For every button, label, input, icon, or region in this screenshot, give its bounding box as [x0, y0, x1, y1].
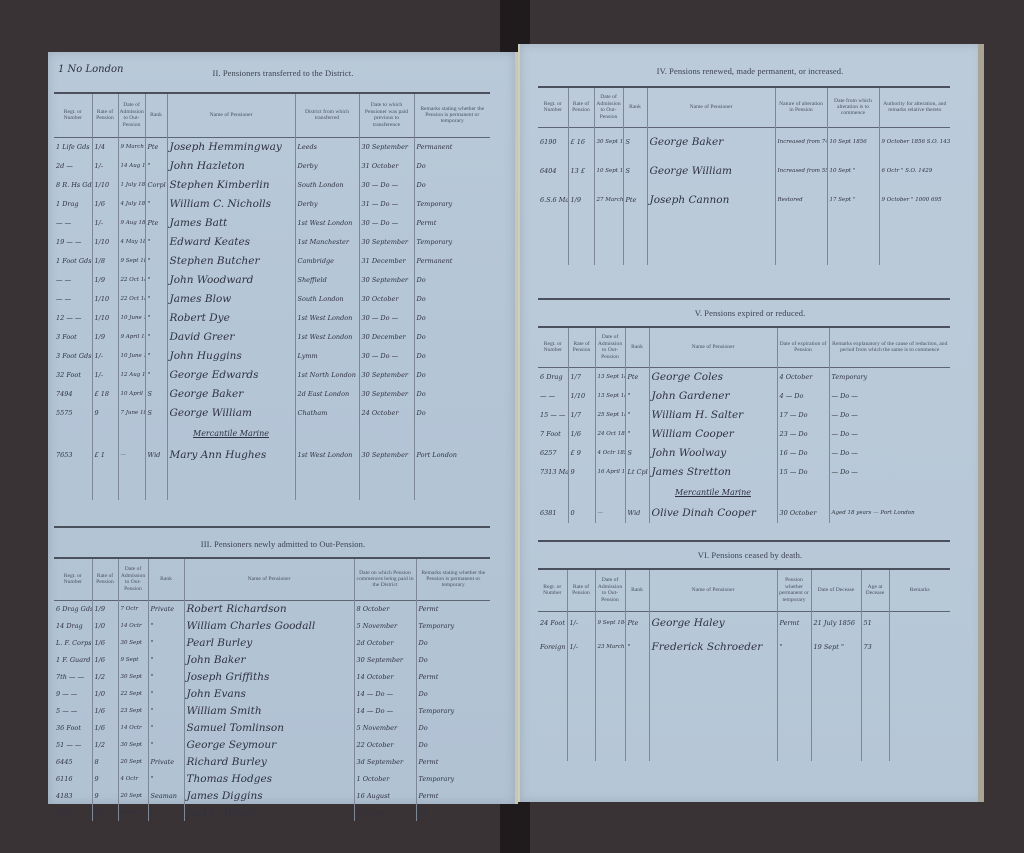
cell-name: James Diggins — [184, 787, 354, 804]
cell-regt: 8 R. Hs Gds — [54, 175, 92, 194]
table-row: 6119229 Octr"Joel L. Winch8 OctoberDo — [54, 804, 490, 821]
table-row: 1 Drag1/64 July 1856"William C. Nicholls… — [54, 194, 490, 213]
cell-paid_to: 31 December — [359, 251, 414, 270]
cell-commences: 14 October — [354, 668, 416, 685]
cell-district: Chatham — [295, 403, 359, 422]
cell-rank: Lt Cpl — [625, 462, 649, 481]
table-row: 1 F. Guard1/69 Sept"John Baker30 Septemb… — [54, 651, 490, 668]
cell-regt: — — — [538, 386, 568, 405]
cell-date: 7 June 1852 — [118, 403, 145, 422]
cell-regt: 32 Foot — [54, 365, 92, 384]
section-divider — [538, 540, 950, 542]
cell-name: George Seymour — [184, 736, 354, 753]
empty-row — [54, 466, 490, 483]
cell-nature: Increased from 5575 £9 — [775, 156, 827, 185]
cell-date: 4 May 1856 — [118, 232, 145, 251]
cell-regt: L. F. Corps — [54, 634, 92, 651]
cell-district: 1st West London — [295, 213, 359, 232]
cell-rate: 1/6 — [568, 424, 595, 443]
cell-remarks: Do — [414, 346, 490, 365]
section-vi-table: Regt. or Number Rate of Pension Date of … — [538, 568, 950, 761]
col-header: Date of Admission to Out-Pension — [594, 87, 623, 127]
cell-paid_to: 30 October — [359, 289, 414, 308]
cell-rank: " — [148, 702, 184, 719]
cell-expiry: 16 — Do — [777, 443, 829, 462]
col-header: Date of Admission to Out-Pension — [118, 558, 148, 600]
cell-name: Samuel Tomlinson — [184, 719, 354, 736]
cell-rate: 0 — [568, 503, 595, 523]
col-header: Date of Admission to Out-Pension — [595, 569, 625, 611]
cell-rate: 1/10 — [568, 386, 595, 405]
col-header: District from which transferred — [295, 93, 359, 137]
cell-date: 9 Octr — [118, 804, 148, 821]
col-header: Nature of alteration in Pension — [775, 87, 827, 127]
cell-district: 1st West London — [295, 327, 359, 346]
cell-regt: 7 Foot — [538, 424, 568, 443]
cell-rank: " — [145, 270, 167, 289]
cell-rate: 1/4 — [92, 137, 118, 156]
cell-paid_to: 30 — Do — — [359, 308, 414, 327]
cell-rate: 1/6 — [92, 634, 118, 651]
cell-remarks: Do — [414, 365, 490, 384]
table-row: 32 Foot1/-12 Aug 1856"George Edwards1st … — [54, 365, 490, 384]
cell-name: George Baker — [167, 384, 295, 403]
cell-remarks: Temporary — [829, 367, 950, 386]
cell-rank: " — [145, 156, 167, 175]
cell-rank: " — [625, 386, 649, 405]
cell-expiry: 4 — Do — [777, 386, 829, 405]
col-header: Age at Decease — [861, 569, 889, 611]
empty-row — [538, 710, 950, 727]
cell-commences: 14 — Do — — [354, 685, 416, 702]
cell-rate: 1/2 — [92, 736, 118, 753]
cell-name: George William — [167, 403, 295, 422]
cell-nature: Increased from 7494 £18 — [775, 127, 827, 156]
cell-date: 30 Sept — [118, 736, 148, 753]
col-header: Date of Admission to Out-Pension — [118, 93, 145, 137]
cell-remarks: Do — [414, 327, 490, 346]
cell-commence: 10 Sept 1856 — [827, 127, 879, 156]
cell-commences: 22 October — [354, 736, 416, 753]
cell-date: 14 Octr — [118, 719, 148, 736]
cell-rank: " — [145, 289, 167, 308]
cell-name: George Baker — [647, 127, 775, 156]
cell-name: Richard Burley — [184, 753, 354, 770]
cell-date: 10 Sept 1856 — [594, 156, 623, 185]
table-row: 2d —1/-14 Aug 1847"John HazletonDerby31 … — [54, 156, 490, 175]
col-header: Rank — [623, 87, 647, 127]
col-header: Name of Pensioner — [167, 93, 295, 137]
cell-commences: 30 September — [354, 651, 416, 668]
cell-rank: " — [148, 651, 184, 668]
cell-commences: 8 October — [354, 804, 416, 821]
cell-name: Stephen Kimberlin — [167, 175, 295, 194]
cell-name: George Haley — [649, 611, 777, 635]
cell-regt: 36 Foot — [54, 719, 92, 736]
cell-commences: 14 — Do — — [354, 702, 416, 719]
cell-name: Robert Dye — [167, 308, 295, 327]
cell-rank: " — [145, 365, 167, 384]
cell-commences: 8 October — [354, 600, 416, 617]
cell-rate: 1/- — [92, 365, 118, 384]
cell-rate: 1/7 — [568, 405, 595, 424]
col-header: Date of expiration of Pension — [777, 327, 829, 367]
cell-name: James Blow — [167, 289, 295, 308]
cell-date: 23 Sept — [118, 702, 148, 719]
col-header: Date of Admission to Out-Pension — [595, 327, 625, 367]
cell-remarks — [889, 635, 950, 659]
cell-rate: 1/0 — [92, 617, 118, 634]
cell-rank: Pte — [623, 185, 647, 214]
cell-rate: 1/9 — [92, 600, 118, 617]
cell-commences: 2d October — [354, 634, 416, 651]
subheading-row: Mercantile Marine — [538, 481, 950, 503]
cell-rate: 1/10 — [92, 289, 118, 308]
cell-regt: 7494 — [54, 384, 92, 403]
cell-remarks: Permt — [416, 787, 490, 804]
table-row: 6445820 SeptPrivateRichard Burley3d Sept… — [54, 753, 490, 770]
cell-expiry: 23 — Do — [777, 424, 829, 443]
cell-remarks: Do — [414, 270, 490, 289]
section-iv-table: Regt. or Number Rate of Pension Date of … — [538, 86, 950, 265]
cell-rank: " — [148, 770, 184, 787]
cell-date: 4 Octr — [118, 770, 148, 787]
empty-row — [538, 693, 950, 710]
cell-commences: 3d September — [354, 753, 416, 770]
cell-remarks: Permt — [416, 600, 490, 617]
cell-date: 20 Sept — [118, 787, 148, 804]
table-row: 8 R. Hs Gds1/101 July 1856CorplStephen K… — [54, 175, 490, 194]
cell-regt: 6190 — [538, 127, 568, 156]
cell-remarks: Permanent — [414, 251, 490, 270]
cell-remarks: Do — [416, 736, 490, 753]
cell-name: John Gardener — [649, 386, 777, 405]
cell-date: 1 July 1856 — [118, 175, 145, 194]
cell-date: 9 April 1856 — [118, 327, 145, 346]
cell-district: Cambridge — [295, 251, 359, 270]
cell-remarks: Do — [414, 289, 490, 308]
table-row: Foreign Depot1/-23 March 1815"Frederick … — [538, 635, 950, 659]
cell-name: Stephen Butcher — [167, 251, 295, 270]
cell-date: 23 March 1815 — [595, 635, 625, 659]
cell-rank: Pte — [145, 213, 167, 232]
empty-row — [538, 248, 950, 265]
col-header: Regt. or Number — [538, 569, 567, 611]
cell-name: John Evans — [184, 685, 354, 702]
cell-district: 1st West London — [295, 308, 359, 327]
page-edge — [978, 44, 984, 802]
cell-remarks: Do — [416, 634, 490, 651]
col-header: Rank — [625, 569, 649, 611]
cell-regt: 6.S.6 Marine Lt Inf — [538, 185, 568, 214]
cell-nature: Restored — [775, 185, 827, 214]
table-row: — —1/-9 Aug 1856PteJames Batt1st West Lo… — [54, 213, 490, 232]
table-row: 557597 June 1852SGeorge WilliamChatham24… — [54, 403, 490, 422]
cell-paid_to: 30 December — [359, 327, 414, 346]
cell-date: 7 Octr — [118, 600, 148, 617]
cell-regt: — — — [54, 289, 92, 308]
cell-rank: S — [145, 403, 167, 422]
section-ii-title: II. Pensioners transferred to the Distri… — [158, 68, 408, 78]
cell-perm: Permt — [777, 611, 811, 635]
col-header: Rate of Pension — [568, 87, 594, 127]
table-row: — —1/1022 Oct 1855"James BlowSouth Londo… — [54, 289, 490, 308]
cell-remarks: — Do — — [829, 386, 950, 405]
cell-regt: 2d — — [54, 156, 92, 175]
cell-remarks: Do — [416, 804, 490, 821]
cell-date: 9 Aug 1856 — [118, 213, 145, 232]
cell-commence: 17 Sept " — [827, 185, 879, 214]
cell-name: William Smith — [184, 702, 354, 719]
cell-rate: 1/- — [92, 213, 118, 232]
cell-regt: 6381 — [538, 503, 568, 523]
cell-regt: 6 Drag — [538, 367, 568, 386]
cell-rank: " — [145, 251, 167, 270]
right-page: IV. Pensions renewed, made permanent, or… — [518, 44, 982, 802]
cell-remarks: Do — [414, 384, 490, 403]
cell-age: 73 — [861, 635, 889, 659]
table-row: 6 Drag1/713 Sept 1855PteGeorge Coles4 Oc… — [538, 367, 950, 386]
cell-name: William Cooper — [649, 424, 777, 443]
cell-district: 2d East London — [295, 384, 359, 403]
cell-rate: £ 9 — [568, 443, 595, 462]
cell-remarks — [889, 611, 950, 635]
table-row: 640413 £10 Sept 1856SGeorge WilliamIncre… — [538, 156, 950, 185]
cell-rank: S — [623, 156, 647, 185]
col-header: Name of Pensioner — [649, 569, 777, 611]
cell-name: David Greer — [167, 327, 295, 346]
col-header: Name of Pensioner — [649, 327, 777, 367]
cell-rate: 22 — [92, 804, 118, 821]
table-row: 7653£ 1—WidMary Ann Hughes1st West Londo… — [54, 444, 490, 466]
table-row: 12 — —1/1010 June 1856"Robert Dye1st Wes… — [54, 308, 490, 327]
cell-rate: 8 — [92, 753, 118, 770]
cell-rank: " — [148, 719, 184, 736]
section-v-table: Regt. or Number Rate of Pension Date of … — [538, 326, 950, 523]
cell-rate: 1/- — [567, 635, 595, 659]
empty-row — [538, 231, 950, 248]
cell-date: 10 June 1857 — [118, 346, 145, 365]
cell-name: Joseph Cannon — [647, 185, 775, 214]
cell-paid_to: 30 September — [359, 137, 414, 156]
cell-date: 22 Sept — [118, 685, 148, 702]
cell-date: 10 June 1856 — [118, 308, 145, 327]
cell-rank: Pte — [625, 367, 649, 386]
cell-name: George Edwards — [167, 365, 295, 384]
table-row: 36 Foot1/614 Octr"Samuel Tomlinson5 Nove… — [54, 719, 490, 736]
col-header: Rank — [148, 558, 184, 600]
cell-name: Thomas Hodges — [184, 770, 354, 787]
cell-date: 16 April 1855 — [595, 462, 625, 481]
cell-rate: 1/- — [92, 346, 118, 365]
cell-regt: Foreign Depot — [538, 635, 567, 659]
cell-name: Olive Dinah Cooper — [649, 503, 777, 523]
cell-district: 1st Manchester — [295, 232, 359, 251]
table-row: 14 Drag1/014 Octr"William Charles Goodal… — [54, 617, 490, 634]
cell-date: 30 Sept 1856 — [594, 127, 623, 156]
col-header: Remarks explanatory of the cause of redu… — [829, 327, 950, 367]
cell-rate: 9 — [92, 770, 118, 787]
cell-rank: " — [625, 635, 649, 659]
cell-rank: " — [148, 736, 184, 753]
cell-remarks: Temporary — [416, 770, 490, 787]
cell-commences: 1 October — [354, 770, 416, 787]
cell-rate: £ 16 — [568, 127, 594, 156]
cell-rank: " — [145, 327, 167, 346]
cell-rank: S — [145, 384, 167, 403]
cell-regt: 4183 — [54, 787, 92, 804]
cell-remarks: Permt — [414, 213, 490, 232]
cell-date: 12 Aug 1856 — [118, 365, 145, 384]
table-row: — —1/1013 Sept 1855"John Gardener4 — Do—… — [538, 386, 950, 405]
cell-district: 1st North London — [295, 365, 359, 384]
cell-paid_to: 31 — Do — — [359, 194, 414, 213]
cell-rate: 9 — [568, 462, 595, 481]
cell-rate: 1/10 — [92, 175, 118, 194]
col-header: Rank — [145, 93, 167, 137]
cell-name: William H. Salter — [649, 405, 777, 424]
cell-name: George William — [647, 156, 775, 185]
section-divider — [54, 526, 490, 528]
table-row: 7313 Marine916 April 1855Lt CplJames Str… — [538, 462, 950, 481]
cell-rank: S — [625, 443, 649, 462]
cell-rank: " — [145, 232, 167, 251]
cell-date: 30 Sept — [118, 634, 148, 651]
cell-rate: 9 — [92, 403, 118, 422]
cell-rank: " — [145, 194, 167, 213]
cell-rank: " — [625, 405, 649, 424]
cell-rate: 13 £ — [568, 156, 594, 185]
cell-name: Robert Richardson — [184, 600, 354, 617]
cell-paid_to: 24 October — [359, 403, 414, 422]
cell-remarks: Do — [416, 651, 490, 668]
cell-regt: 5575 — [54, 403, 92, 422]
col-header: Regt. or Number — [538, 87, 568, 127]
cell-paid_to: 30 — Do — — [359, 346, 414, 365]
col-header: Remarks stating whether the Pension is p… — [414, 93, 490, 137]
cell-regt: — — — [54, 213, 92, 232]
table-row: 6190£ 1630 Sept 1856SGeorge BakerIncreas… — [538, 127, 950, 156]
col-header: Rate of Pension — [567, 569, 595, 611]
cell-date: 9 Sept 1856 — [118, 251, 145, 270]
col-header: Regt. or Number — [538, 327, 568, 367]
col-header: Rate of Pension — [92, 93, 118, 137]
cell-rank: Private — [148, 600, 184, 617]
cell-authority: 9 October " 1000 695 — [879, 185, 950, 214]
cell-remarks: Permanent — [414, 137, 490, 156]
left-page: 1 No London II. Pensioners transferred t… — [48, 52, 518, 804]
cell-regt: 1 Foot Gds — [54, 251, 92, 270]
table-row: 3 Foot1/99 April 1856"David Greer1st Wes… — [54, 327, 490, 346]
cell-rank: " — [148, 617, 184, 634]
cell-regt: 19 — — — [54, 232, 92, 251]
cell-regt: 3 Foot Gds — [54, 346, 92, 365]
cell-paid_to: 30 — Do — — [359, 213, 414, 232]
cell-date: — — [595, 503, 625, 523]
cell-expiry: 15 — Do — [777, 462, 829, 481]
table-row: 15 — —1/725 Sept 1854"William H. Salter1… — [538, 405, 950, 424]
col-header: Date to which Pensioner was paid previou… — [359, 93, 414, 137]
cell-date: 4 Octr 1855 — [595, 443, 625, 462]
cell-name: James Stretton — [649, 462, 777, 481]
cell-expiry: 4 October — [777, 367, 829, 386]
cell-regt: 24 Foot — [538, 611, 567, 635]
cell-regt: 7313 Marine — [538, 462, 568, 481]
cell-paid_to: 30 September — [359, 232, 414, 251]
cell-regt: 1 F. Guard — [54, 651, 92, 668]
cell-rate: 1/9 — [92, 327, 118, 346]
section-iii-title: III. Pensioners newly admitted to Out-Pe… — [168, 539, 398, 549]
cell-rank: " — [148, 685, 184, 702]
cell-rate: 1/9 — [92, 270, 118, 289]
cell-rate: 1/2 — [92, 668, 118, 685]
cell-rank: Pte — [625, 611, 649, 635]
mercantile-marine-subheading: Mercantile Marine — [649, 481, 777, 503]
table-row: 63810—WidOlive Dinah Cooper30 OctoberAge… — [538, 503, 950, 523]
cell-regt: — — — [54, 270, 92, 289]
cell-regt: 5 — — — [54, 702, 92, 719]
cell-rank: " — [625, 424, 649, 443]
table-row: 4183920 SeptSeamanJames Diggins16 August… — [54, 787, 490, 804]
cell-rate: 1/8 — [92, 251, 118, 270]
cell-district: Derby — [295, 156, 359, 175]
table-row: 5 — —1/623 Sept"William Smith14 — Do —Te… — [54, 702, 490, 719]
cell-paid_to: 30 September — [359, 365, 414, 384]
cell-rate: 1/10 — [92, 308, 118, 327]
cell-decease: 19 Sept " — [811, 635, 861, 659]
cell-remarks: — Do — — [829, 424, 950, 443]
cell-paid_to: 30 September — [359, 384, 414, 403]
cell-name: Frederick Schroeder — [649, 635, 777, 659]
cell-regt: 7th — — — [54, 668, 92, 685]
cell-rate: 1/10 — [92, 232, 118, 251]
table-row: L. F. Corps1/630 Sept"Pearl Burley2d Oct… — [54, 634, 490, 651]
cell-name: John Woolway — [649, 443, 777, 462]
cell-rate: 1/7 — [568, 367, 595, 386]
cell-date: 13 Sept 1855 — [595, 386, 625, 405]
cell-expiry: 17 — Do — [777, 405, 829, 424]
table-row: 7th — —1/230 Sept"Joseph Griffiths14 Oct… — [54, 668, 490, 685]
cell-remarks: Aged 18 years — Port London — [829, 503, 950, 523]
cell-remarks: — Do — — [829, 405, 950, 424]
section-ii-table: Regt. or Number Rate of Pension Date of … — [54, 92, 490, 500]
cell-name: Joel L. Winch — [184, 804, 354, 821]
cell-date: 20 Sept — [118, 753, 148, 770]
cell-rate: 1/- — [567, 611, 595, 635]
col-header: Remarks stating whether the Pension is p… — [416, 558, 490, 600]
cell-remarks: Permt — [416, 753, 490, 770]
table-row: 1 Life Gds1/49 March 1852PteJoseph Hemmi… — [54, 137, 490, 156]
cell-rank: Seaman — [148, 787, 184, 804]
cell-date: 22 Oct 1855 — [118, 289, 145, 308]
cell-date: 14 Octr — [118, 617, 148, 634]
cell-name: John Woodward — [167, 270, 295, 289]
cell-regt: 3 Foot — [54, 327, 92, 346]
mercantile-marine-subheading: Mercantile Marine — [167, 422, 295, 444]
table-row: 7494£ 1810 April 1857SGeorge Baker2d Eas… — [54, 384, 490, 403]
empty-row — [538, 214, 950, 231]
cell-name: George Coles — [649, 367, 777, 386]
cell-name: Joseph Hemmingway — [167, 137, 295, 156]
cell-regt: 6116 — [54, 770, 92, 787]
empty-row — [538, 659, 950, 676]
cell-paid_to: 30 September — [359, 270, 414, 289]
cell-date: 10 April 1857 — [118, 384, 145, 403]
empty-row — [54, 483, 490, 500]
cell-regt: 51 — — — [54, 736, 92, 753]
cell-regt: 6404 — [538, 156, 568, 185]
col-header: Rank — [625, 327, 649, 367]
